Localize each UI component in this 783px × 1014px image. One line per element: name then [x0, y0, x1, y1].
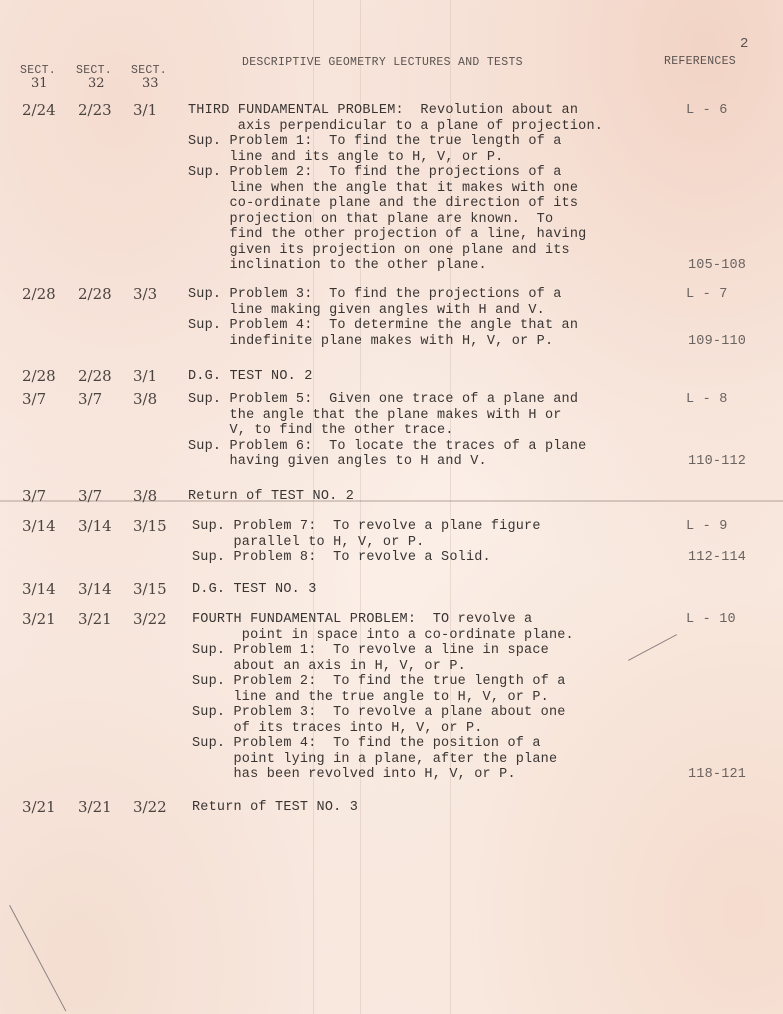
entry-text-line: Sup. Problem 2: To find the projections …: [188, 165, 562, 181]
page-reference: 109-110: [688, 334, 746, 350]
date-sect-32: 3/14: [78, 582, 112, 598]
entry-text-line: given its projection on one plane and it…: [188, 243, 570, 259]
paper-tear: [628, 634, 677, 661]
date-sect-32: 3/14: [78, 519, 112, 535]
date-sect-31: 3/14: [22, 519, 56, 535]
entry-text-line: Sup. Problem 5: Given one trace of a pla…: [188, 392, 578, 408]
entry-text-line: indefinite plane makes with H, V, or P.: [188, 334, 553, 350]
lecture-reference: L - 6: [686, 103, 728, 119]
section-number-31: 31: [31, 76, 48, 92]
date-sect-31: 3/7: [22, 392, 46, 408]
date-sect-32: 3/21: [78, 612, 112, 628]
entry-text-line: THIRD FUNDAMENTAL PROBLEM: Revolution ab…: [188, 103, 578, 119]
date-sect-33: 3/3: [133, 287, 157, 303]
entry-text-line: Sup. Problem 4: To find the position of …: [192, 736, 541, 752]
entry-text-line: of its traces into H, V, or P.: [192, 721, 483, 737]
date-sect-33: 3/1: [133, 103, 157, 119]
page-reference: 112-114: [688, 550, 746, 566]
entry-text-line: point lying in a plane, after the plane: [192, 752, 557, 768]
lecture-reference: L - 7: [686, 287, 728, 303]
entry-text-line: line and the true angle to H, V, or P.: [192, 690, 549, 706]
page-number: 2: [740, 37, 749, 53]
entry-text-line: line when the angle that it makes with o…: [188, 181, 578, 197]
date-sect-33: 3/1: [133, 369, 157, 385]
document-page: 2 SECT. SECT. SECT. 31 32 33 DESCRIPTIVE…: [0, 0, 783, 1014]
paper-fold: [0, 500, 783, 502]
entry-text-line: Sup. Problem 1: To find the true length …: [188, 134, 562, 150]
date-sect-32: 3/7: [78, 392, 102, 408]
date-sect-33: 3/15: [133, 582, 167, 598]
entry-text-line: Sup. Problem 2: To find the true length …: [192, 674, 566, 690]
entry-text-line: D.G. TEST NO. 3: [192, 582, 317, 598]
entry-text-line: parallel to H, V, or P.: [192, 535, 424, 551]
section-number-33: 33: [142, 76, 159, 92]
lecture-reference: L - 9: [686, 519, 728, 535]
page-reference: 110-112: [688, 454, 746, 470]
date-sect-33: 3/22: [133, 612, 167, 628]
date-sect-33: 3/8: [133, 392, 157, 408]
date-sect-32: 3/7: [78, 489, 102, 505]
entry-text-line: co-ordinate plane and the direction of i…: [188, 196, 578, 212]
folded-corner: [9, 905, 66, 1011]
entry-text-line: axis perpendicular to a plane of project…: [188, 119, 603, 135]
entry-text-line: Sup. Problem 6: To locate the traces of …: [188, 439, 586, 455]
date-sect-33: 3/22: [133, 800, 167, 816]
entry-text-line: Sup. Problem 8: To revolve a Solid.: [192, 550, 491, 566]
entry-text-line: Return of TEST NO. 3: [192, 800, 358, 816]
entry-text-line: Sup. Problem 4: To determine the angle t…: [188, 318, 578, 334]
entry-text-line: inclination to the other plane.: [188, 258, 487, 274]
entry-text-line: V, to find the other trace.: [188, 423, 454, 439]
date-sect-31: 3/7: [22, 489, 46, 505]
date-sect-31: 2/28: [22, 369, 56, 385]
page-reference: 118-121: [688, 767, 746, 783]
entry-text-line: Sup. Problem 3: To find the projections …: [188, 287, 562, 303]
entry-text-line: the angle that the plane makes with H or: [188, 408, 562, 424]
entry-text-line: FOURTH FUNDAMENTAL PROBLEM: TO revolve a: [192, 612, 532, 628]
date-sect-31: 3/21: [22, 800, 56, 816]
entry-text-line: point in space into a co-ordinate plane.: [192, 628, 574, 644]
entry-text-line: projection on that plane are known. To: [188, 212, 553, 228]
date-sect-33: 3/8: [133, 489, 157, 505]
date-sect-32: 2/28: [78, 369, 112, 385]
entry-text-line: line and its angle to H, V, or P.: [188, 150, 503, 166]
date-sect-31: 3/21: [22, 612, 56, 628]
date-sect-31: 2/24: [22, 103, 56, 119]
lecture-reference: L - 8: [686, 392, 728, 408]
references-header: REFERENCES: [664, 54, 736, 70]
lecture-reference: L - 10: [686, 612, 736, 628]
entry-text-line: D.G. TEST NO. 2: [188, 369, 313, 385]
date-sect-32: 2/28: [78, 287, 112, 303]
date-sect-32: 3/21: [78, 800, 112, 816]
document-title: DESCRIPTIVE GEOMETRY LECTURES AND TESTS: [242, 55, 523, 71]
date-sect-33: 3/15: [133, 519, 167, 535]
entry-text-line: Sup. Problem 7: To revolve a plane figur…: [192, 519, 541, 535]
entry-text-line: Return of TEST NO. 2: [188, 489, 354, 505]
entry-text-line: line making given angles with H and V.: [188, 303, 545, 319]
entry-text-line: Sup. Problem 1: To revolve a line in spa…: [192, 643, 549, 659]
date-sect-31: 3/14: [22, 582, 56, 598]
entry-text-line: has been revolved into H, V, or P.: [192, 767, 516, 783]
entry-text-line: having given angles to H and V.: [188, 454, 487, 470]
entry-text-line: Sup. Problem 3: To revolve a plane about…: [192, 705, 566, 721]
section-number-32: 32: [88, 76, 105, 92]
page-reference: 105-108: [688, 258, 746, 274]
date-sect-32: 2/23: [78, 103, 112, 119]
entry-text-line: find the other projection of a line, hav…: [188, 227, 586, 243]
date-sect-31: 2/28: [22, 287, 56, 303]
entry-text-line: about an axis in H, V, or P.: [192, 659, 466, 675]
